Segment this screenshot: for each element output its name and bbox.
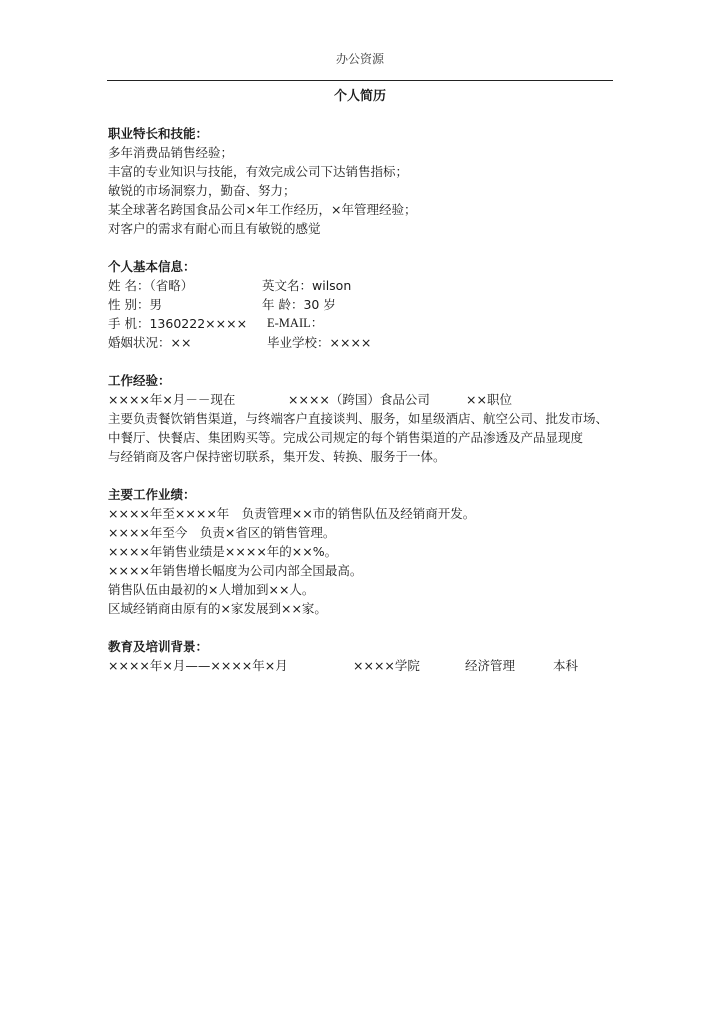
- education-row: ××××年×月——××××年×月 ××××学院 经济管理 本科: [108, 656, 628, 675]
- section-work-experience: 工作经验： ××××年×月－－现在 ××××（跨国）食品公司 ××职位 主要负责…: [108, 371, 628, 466]
- section-education: 教育及培训背景： ××××年×月——××××年×月 ××××学院 经济管理 本科: [108, 637, 628, 675]
- info-row: 性 别：男 年 龄：30 岁: [108, 295, 628, 314]
- skill-line: 敏锐的市场洞察力，勤奋、努力；: [108, 181, 628, 200]
- section-basic-info: 个人基本信息： 姓 名：（省略） 英文名：wilson 性 别：男 年 龄：30…: [108, 257, 628, 352]
- work-description-line: 主要负责餐饮销售渠道，与终端客户直接谈判、服务，如星级酒店、航空公司、批发市场、: [108, 409, 628, 428]
- info-row: 婚姻状况：×× 毕业学校：××××: [108, 333, 628, 352]
- achievement-line: ××××年至××××年 负责管理××市的销售队伍及经销商开发。: [108, 504, 628, 523]
- achievement-line: ××××年至今 负责×省区的销售管理。: [108, 523, 628, 542]
- achievement-line: 销售队伍由最初的×人增加到××人。: [108, 580, 628, 599]
- info-marital-status: 婚姻状况：××: [108, 333, 191, 352]
- info-row: 手 机：1360222×××× E-MAIL：: [108, 314, 628, 333]
- section-heading-achievements: 主要工作业绩：: [108, 485, 628, 504]
- info-row: 姓 名：（省略） 英文名：wilson: [108, 276, 628, 295]
- header-divider: [107, 80, 613, 81]
- skill-line: 对客户的需求有耐心而且有敏锐的感觉: [108, 219, 628, 238]
- work-period: ××××年×月－－现在: [108, 390, 235, 409]
- info-name: 姓 名：（省略）: [108, 276, 193, 295]
- section-skills: 职业特长和技能： 多年消费品销售经验； 丰富的专业知识与技能，有效完成公司下达销…: [108, 124, 628, 238]
- achievement-line: ××××年销售业绩是××××年的××%。: [108, 542, 628, 561]
- info-mobile: 手 机：1360222××××: [108, 314, 247, 333]
- education-period: ××××年×月——××××年×月: [108, 656, 288, 675]
- skill-line: 某全球著名跨国食品公司×年工作经历，×年管理经验；: [108, 200, 628, 219]
- info-gender: 性 别：男: [108, 295, 162, 314]
- info-email: E-MAIL：: [267, 314, 323, 333]
- education-major: 经济管理: [465, 656, 515, 675]
- work-description-line: 中餐厅、快餐店、集团购买等。完成公司规定的每个销售渠道的产品渗透及产品显现度: [108, 428, 628, 447]
- education-school: ××××学院: [353, 656, 420, 675]
- work-description-line: 与经销商及客户保持密切联系，集开发、转换、服务于一体。: [108, 447, 628, 466]
- section-heading-education: 教育及培训背景：: [108, 637, 628, 656]
- skill-line: 多年消费品销售经验；: [108, 143, 628, 162]
- achievement-line: 区域经销商由原有的×家发展到××家。: [108, 599, 628, 618]
- page-header: 办公资源: [0, 51, 720, 67]
- resume-body: 职业特长和技能： 多年消费品销售经验； 丰富的专业知识与技能，有效完成公司下达销…: [108, 124, 628, 694]
- section-heading-basic-info: 个人基本信息：: [108, 257, 628, 276]
- work-company: ××××（跨国）食品公司: [288, 390, 430, 409]
- info-english-name: 英文名：wilson: [262, 276, 351, 295]
- info-age: 年 龄：30 岁: [262, 295, 336, 314]
- skill-line: 丰富的专业知识与技能，有效完成公司下达销售指标；: [108, 162, 628, 181]
- work-position: ××职位: [466, 390, 512, 409]
- work-summary-row: ××××年×月－－现在 ××××（跨国）食品公司 ××职位: [108, 390, 628, 409]
- section-heading-work-experience: 工作经验：: [108, 371, 628, 390]
- document-title: 个人简历: [0, 88, 720, 106]
- achievement-line: ××××年销售增长幅度为公司内部全国最高。: [108, 561, 628, 580]
- education-degree: 本科: [553, 656, 578, 675]
- info-school: 毕业学校：××××: [267, 333, 371, 352]
- section-heading-skills: 职业特长和技能：: [108, 124, 628, 143]
- section-achievements: 主要工作业绩： ××××年至××××年 负责管理××市的销售队伍及经销商开发。 …: [108, 485, 628, 618]
